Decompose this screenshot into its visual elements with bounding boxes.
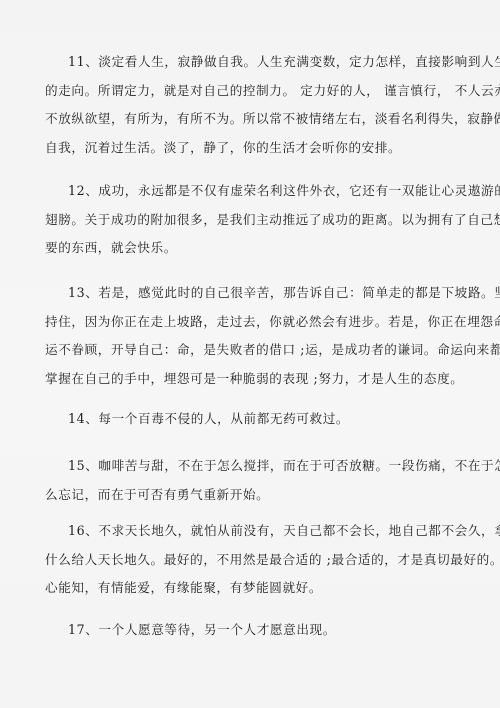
text-line: 13、若是，感觉此时的自己很辛苦，那告诉自己：简单走的都是下坡路。坚 [45,279,465,308]
text-line: 不放纵欲望，有所为，有所不为。所以常不被情绪左右，淡看名利得失，寂静做 [45,105,465,134]
paragraph-13: 13、若是，感觉此时的自己很辛苦，那告诉自己：简单走的都是下坡路。坚 持住，因为… [45,279,465,393]
text-line: 17、一个人愿意等待，另一个人才愿意出现。 [45,616,465,645]
paragraph-11: 11、淡定看人生，寂静做自我。人生充满变数，定力怎样，直接影响到人生 的走向。所… [45,48,465,162]
paragraph-12: 12、成功，永远都是不仅有虚荣名利这件外衣，它还有一双能让心灵遨游的 翅膀。关于… [45,177,465,263]
text-line: 的走向。所谓定力，就是对自己的控制力。 定力好的人， 谨言慎行， 不人云亦云， [45,77,465,106]
text-line: 12、成功，永远都是不仅有虚荣名利这件外衣，它还有一双能让心灵遨游的 [45,177,465,206]
text-line: 持住，因为你正在走上坡路，走过去，你就必然会有进步。若是，你正在埋怨命 [45,308,465,337]
text-line: 要的东西，就会快乐。 [45,234,465,263]
text-line: 掌握在自己的手中，埋怨可是一种脆弱的表现 ;努力，才是人生的态度。 [45,365,465,394]
text-line: 什么给人天长地久。最好的，不用然是最合适的 ;最合适的，才是真切最好的。有 [45,546,465,575]
text-line: 心能知，有情能爱，有缘能聚，有梦能圆就好。 [45,574,465,603]
text-line: 14、每一个百毒不侵的人，从前都无药可救过。 [45,405,465,434]
text-line: 11、淡定看人生，寂静做自我。人生充满变数，定力怎样，直接影响到人生 [45,48,465,77]
document-page: 11、淡定看人生，寂静做自我。人生充满变数，定力怎样，直接影响到人生 的走向。所… [0,0,500,708]
text-line: 运不眷顾，开导自己：命，是失败者的借口 ;运，是成功者的谦词。命运向来都是 [45,336,465,365]
text-line: 么忘记，而在于可否有勇气重新开始。 [45,481,465,510]
paragraph-16: 16、不求天长地久，就怕从前没有，天自己都不会长，地自己都不会久，拿 什么给人天… [45,517,465,603]
text-line: 15、咖啡苦与甜，不在于怎么搅拌，而在于可否放糖。一段伤痛，不在于怎 [45,452,465,481]
text-line: 自我，沉着过生活。淡了，静了，你的生活才会听你的安排。 [45,134,465,163]
text-line: 翅膀。关于成功的附加很多，是我们主动推远了成功的距离。以为拥有了自己想 [45,206,465,235]
paragraph-14: 14、每一个百毒不侵的人，从前都无药可救过。 [45,405,465,434]
text-line: 16、不求天长地久，就怕从前没有，天自己都不会长，地自己都不会久，拿 [45,517,465,546]
paragraph-17: 17、一个人愿意等待，另一个人才愿意出现。 [45,616,465,645]
paragraph-15: 15、咖啡苦与甜，不在于怎么搅拌，而在于可否放糖。一段伤痛，不在于怎 么忘记，而… [45,452,465,509]
